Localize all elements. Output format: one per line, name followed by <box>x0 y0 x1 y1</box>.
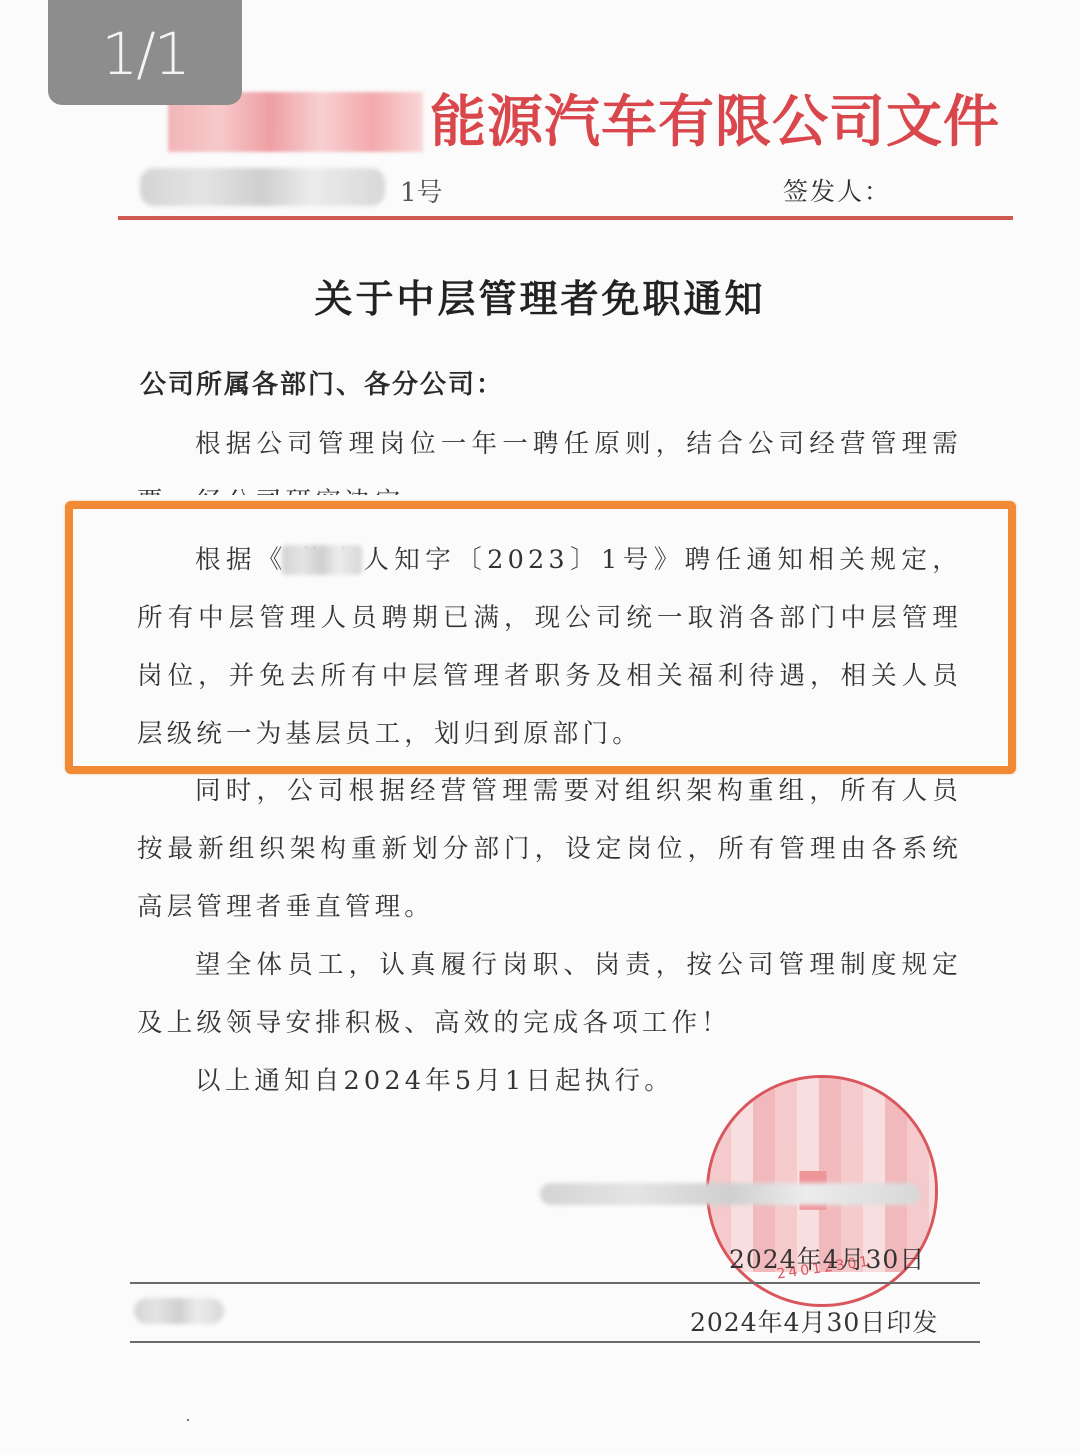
red-header-rule <box>118 216 1013 220</box>
signer-label: 签发人： <box>783 172 891 208</box>
paragraph-intro: 根据公司管理岗位一年一聘任原则，结合公司经营管理需要，经公司研究决定。 <box>137 415 962 495</box>
paragraph-expectation: 望全体员工，认真履行岗职、岗责，按公司管理制度规定及上级领导安排积极、高效的完成… <box>137 936 962 1052</box>
footer-rule-top <box>130 1282 980 1284</box>
page-indicator-badge: 1/1 <box>48 0 242 105</box>
document-title: 关于中层管理者免职通知 <box>0 268 1080 323</box>
redacted-document-number <box>140 168 385 206</box>
redacted-issuer-name <box>540 1183 920 1205</box>
issue-date-line: 2024年4月30日印发 <box>690 1303 938 1339</box>
salutation: 公司所属各部门、各分公司： <box>140 364 504 401</box>
paragraph-restructure: 同时，公司根据经营管理需要对组织架构重组，所有人员按最新组织架构重新划分部门，设… <box>137 762 962 936</box>
footer-rule-bottom <box>130 1341 980 1343</box>
scan-speck <box>187 1419 189 1421</box>
sign-date: 2024年4月30日 <box>729 1240 925 1276</box>
highlight-box <box>65 501 1016 774</box>
company-file-title: 能源汽车有限公司文件 <box>430 90 1000 155</box>
redacted-cc-label <box>134 1298 224 1324</box>
company-file-header: 能源汽车有限公司文件 <box>165 88 965 158</box>
document-number-tail: 1号 <box>400 172 443 209</box>
